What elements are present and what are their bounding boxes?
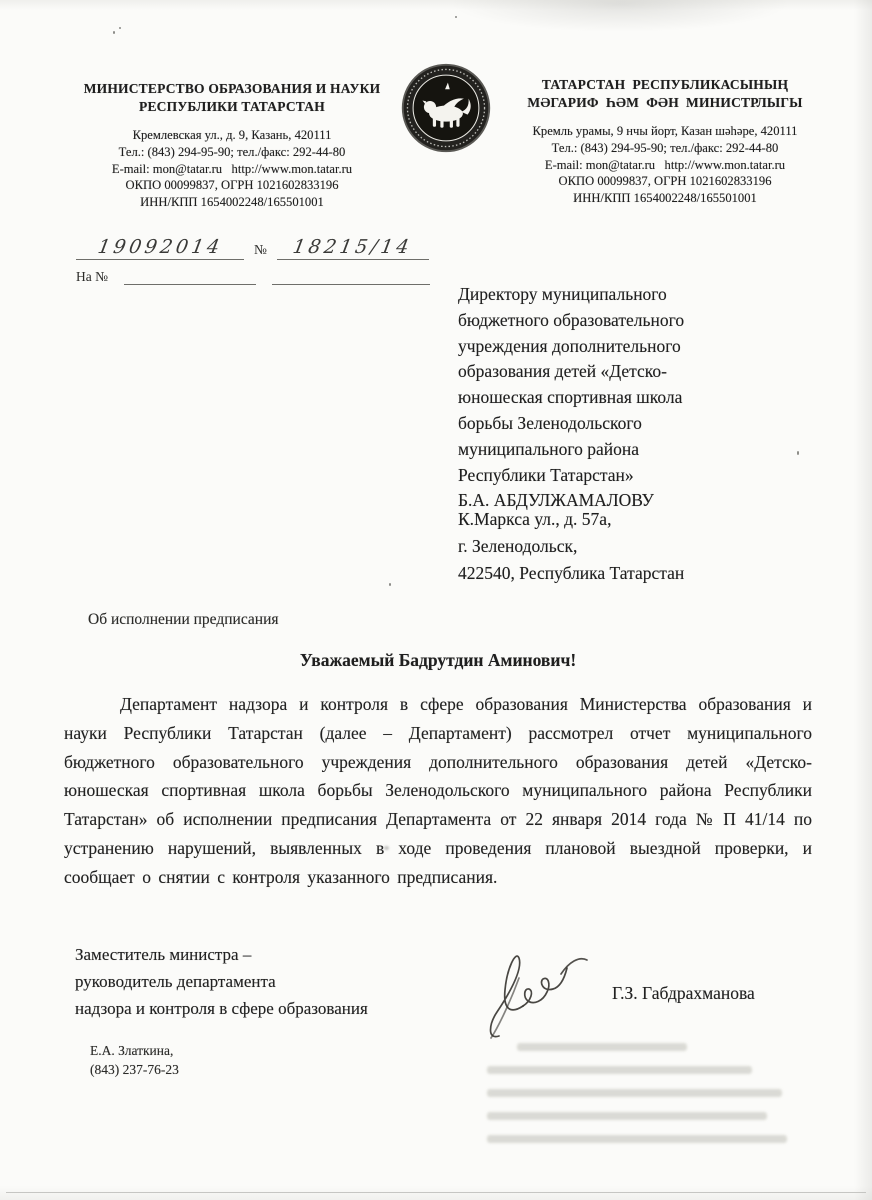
letterhead-right-address: Кремль урамы, 9 нчы йорт, Казан шәһәре, … [476, 123, 854, 140]
address-line: К.Маркса ул., д. 57а, [458, 506, 808, 533]
recipient-line: Республики Татарстан» [458, 463, 808, 489]
reference-block: 19092014 № 18215/14 На № [76, 236, 436, 285]
body-paragraph: Департамент надзора и контроля в сфере о… [64, 690, 812, 892]
executor-phone: (843) 237-76-23 [90, 1061, 179, 1080]
reply-number-blank [272, 270, 430, 285]
letterhead-right-contacts: Кремль урамы, 9 нчы йорт, Казан шәһәре, … [476, 123, 854, 207]
executor-name: Е.А. Златкина, [90, 1042, 179, 1061]
scan-speck [113, 31, 115, 34]
position-line: руководитель департамента [75, 968, 368, 995]
letterhead-right-inn: ИНН/КПП 1654002248/165501001 [476, 190, 854, 207]
letterhead-right-phone: Тел.: (843) 294-95-90; тел./факс: 292-44… [476, 140, 854, 157]
number-sign-label: № [254, 242, 267, 260]
recipient-line: Директору муниципального [458, 282, 808, 308]
letterhead-left-okpo: ОКПО 00099837, ОГРН 1021602833196 [64, 177, 400, 194]
letterhead-right-okpo: ОКПО 00099837, ОГРН 1021602833196 [476, 173, 854, 190]
reply-to-row: На № [76, 269, 436, 285]
letterhead-left-email: E-mail: mon@tatar.ru http://www.mon.tata… [64, 161, 400, 178]
reply-date-blank [124, 270, 256, 285]
ministry-title-tt: ТАТАРСТАН РЕСПУБЛИКАСЫНЫҢ МӘГАРИФ ҺӘМ ФӘ… [476, 76, 854, 111]
letterhead-left-inn: ИНН/КПП 1654002248/165501001 [64, 194, 400, 211]
recipient-line: юношеская спортивная школа [458, 385, 808, 411]
letterhead-left-phone: Тел.: (843) 294-95-90; тел./факс: 292-44… [64, 144, 400, 161]
recipient-address-block: К.Маркса ул., д. 57а, г. Зеленодольск, 4… [458, 506, 808, 587]
scan-speck [797, 451, 799, 455]
date-field: 19092014 [76, 236, 244, 260]
recipient-line: муниципального района [458, 437, 808, 463]
signatory-name: Г.З. Габдрахманова [612, 983, 755, 1004]
handwritten-signature [483, 948, 611, 1040]
recipient-block: Директору муниципального бюджетного обра… [458, 282, 808, 514]
position-line: Заместитель министра – [75, 941, 368, 968]
letterhead-left: МИНИСТЕРСТВО ОБРАЗОВАНИЯ И НАУКИ РЕСПУБЛ… [64, 80, 400, 211]
bleed-through-text [487, 1043, 792, 1158]
recipient-line: борьбы Зеленодольского [458, 411, 808, 437]
letterhead-right-email: E-mail: mon@tatar.ru http://www.mon.tata… [476, 157, 854, 174]
scan-speck [119, 27, 121, 29]
letterhead-right: ТАТАРСТАН РЕСПУБЛИКАСЫНЫҢ МӘГАРИФ ҺӘМ ФӘ… [476, 76, 854, 207]
executor-contact-block: Е.А. Златкина, (843) 237-76-23 [90, 1042, 179, 1079]
letterhead-left-contacts: Кремлевская ул., д. 9, Казань, 420111 Те… [64, 127, 400, 211]
letterhead-left-address: Кремлевская ул., д. 9, Казань, 420111 [64, 127, 400, 144]
reply-to-label: На № [76, 269, 108, 285]
subject-line: Об исполнении предписания [88, 611, 279, 629]
scan-speck [455, 16, 457, 18]
salutation: Уважаемый Бадрутдин Аминович! [64, 650, 812, 671]
outgoing-date-number-row: 19092014 № 18215/14 [76, 236, 436, 260]
scan-speck [389, 583, 391, 586]
address-line: 422540, Республика Татарстан [458, 560, 808, 587]
handwritten-date: 19092014 [96, 236, 225, 258]
scanned-letter-page: МИНИСТЕРСТВО ОБРАЗОВАНИЯ И НАУКИ РЕСПУБЛ… [0, 0, 872, 1200]
recipient-line: учреждения дополнительного [458, 334, 808, 360]
scanner-edge-line [6, 1192, 866, 1193]
recipient-line: образования детей «Детско- [458, 359, 808, 385]
position-line: надзора и контроля в сфере образования [75, 995, 368, 1022]
address-line: г. Зеленодольск, [458, 533, 808, 560]
ministry-title-ru: МИНИСТЕРСТВО ОБРАЗОВАНИЯ И НАУКИ РЕСПУБЛ… [64, 80, 400, 115]
signatory-position-block: Заместитель министра – руководитель депа… [75, 941, 368, 1022]
handwritten-number: 18215/14 [291, 236, 414, 258]
recipient-line: бюджетного образовательного [458, 308, 808, 334]
scan-speck [384, 846, 389, 850]
number-field: 18215/14 [277, 236, 429, 260]
